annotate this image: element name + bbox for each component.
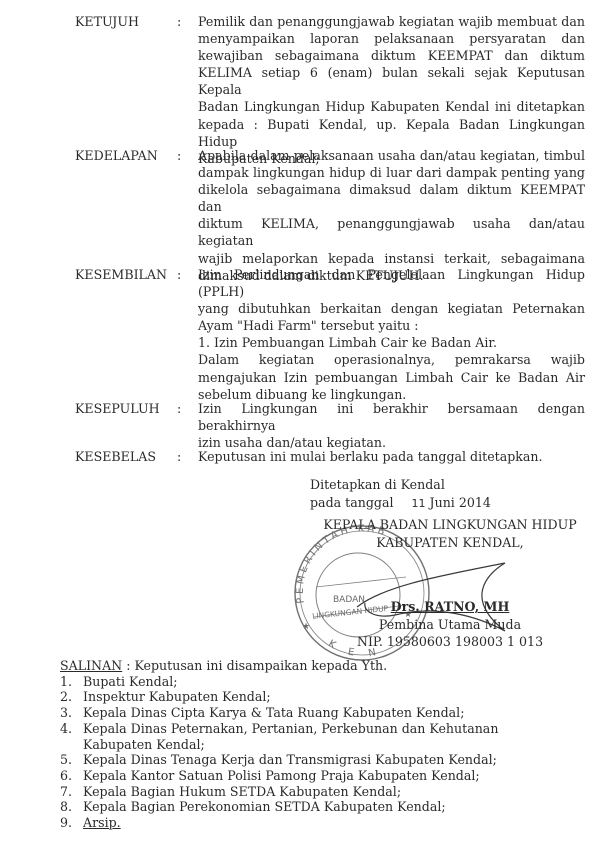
list-item-text: Inspektur Kabupaten Kendal; <box>83 689 271 704</box>
list-item-number: 2. <box>60 689 72 705</box>
diktum-line: menyampaikan laporan pelaksanaan persyar… <box>198 30 585 47</box>
list-item-text: Kepala Dinas Peternakan, Pertanian, Perk… <box>83 721 498 752</box>
list-item: 7.Kepala Bagian Hukum SETDA Kabupaten Ke… <box>60 784 580 800</box>
signature-date: pada tanggal 11 Juni 2014 <box>310 494 590 513</box>
diktum-line: Izin Perlindungan dan Pengelolaan Lingku… <box>198 266 585 300</box>
diktum-label: KETUJUH <box>75 13 170 30</box>
diktum-line: kepada : Bupati Kendal, up. Kepala Badan… <box>198 116 585 150</box>
signature-place: Ditetapkan di Kendal <box>310 476 590 494</box>
signature-date-day: 11 <box>412 497 426 510</box>
list-item-number: 9. <box>60 815 72 831</box>
signatory-nip: NIP. 19580603 198003 1 013 <box>310 633 590 651</box>
diktum-colon: : <box>177 13 181 30</box>
diktum-line: Apabila dalam pelaksanaan usaha dan/atau… <box>198 147 585 164</box>
signature-block: Ditetapkan di Kendal pada tanggal 11 Jun… <box>310 476 590 512</box>
list-item: 2.Inspektur Kabupaten Kendal; <box>60 689 580 705</box>
list-item: 4.Kepala Dinas Peternakan, Pertanian, Pe… <box>60 721 580 752</box>
signature-title: KEPALA BADAN LINGKUNGAN HIDUP KABUPATEN … <box>310 516 590 551</box>
salinan-list: 1.Bupati Kendal; 2.Inspektur Kabupaten K… <box>60 674 580 831</box>
signature-date-rest: Juni 2014 <box>430 495 491 510</box>
list-item-text: Kepala Bagian Perekonomian SETDA Kabupat… <box>83 799 446 814</box>
diktum-colon: : <box>177 448 181 465</box>
document-page: KETUJUH : Pemilik dan penanggungjawab ke… <box>0 0 600 843</box>
signatory-name: Drs. RATNO, MH <box>310 598 590 616</box>
list-item-number: 5. <box>60 752 72 768</box>
list-item-text: Kepala Kantor Satuan Polisi Pamong Praja… <box>83 768 480 783</box>
diktum-line: mengajukan Izin pembuangan Limbah Cair k… <box>198 369 585 386</box>
list-item-number: 6. <box>60 768 72 784</box>
list-item-text: Bupati Kendal; <box>83 674 178 689</box>
list-item-number: 8. <box>60 799 72 815</box>
diktum-line: Keputusan ini mulai berlaku pada tanggal… <box>198 448 585 465</box>
list-item-text: Arsip. <box>83 815 121 830</box>
list-item-text: Kepala Bagian Hukum SETDA Kabupaten Kend… <box>83 784 401 799</box>
diktum-line: Badan Lingkungan Hidup Kabupaten Kendal … <box>198 98 585 115</box>
salinan-heading: SALINAN : Keputusan ini disampaikan kepa… <box>60 658 580 674</box>
diktum-label: KESEMBILAN <box>75 266 170 283</box>
list-item-text: Kepala Dinas Tenaga Kerja dan Transmigra… <box>83 752 497 767</box>
diktum-line: yang dibutuhkan berkaitan dengan kegiata… <box>198 300 585 317</box>
diktum-line: Ayam "Hadi Farm" tersebut yaitu : <box>198 317 585 334</box>
diktum-kesepuluh: KESEPULUH : Izin Lingkungan ini berakhir… <box>75 400 585 451</box>
diktum-kesebelas: KESEBELAS : Keputusan ini mulai berlaku … <box>75 448 585 465</box>
list-item-number: 1. <box>60 674 72 690</box>
list-item: 3.Kepala Dinas Cipta Karya & Tata Ruang … <box>60 705 580 721</box>
signature-title-line2: KABUPATEN KENDAL, <box>310 534 590 552</box>
diktum-label: KEDELAPAN <box>75 147 170 164</box>
salinan-section: SALINAN : Keputusan ini disampaikan kepa… <box>60 658 580 831</box>
diktum-ketujuh: KETUJUH : Pemilik dan penanggungjawab ke… <box>75 13 585 167</box>
diktum-kedelapan: KEDELAPAN : Apabila dalam pelaksanaan us… <box>75 147 585 284</box>
signature-title-line1: KEPALA BADAN LINGKUNGAN HIDUP <box>310 516 590 534</box>
list-item: 5.Kepala Dinas Tenaga Kerja dan Transmig… <box>60 752 580 768</box>
diktum-label: KESEBELAS <box>75 448 170 465</box>
list-item: 6.Kepala Kantor Satuan Polisi Pamong Pra… <box>60 768 580 784</box>
diktum-body: Keputusan ini mulai berlaku pada tanggal… <box>198 448 585 465</box>
diktum-line: Dalam kegiatan operasionalnya, pemrakars… <box>198 351 585 368</box>
list-item-text: Kepala Dinas Cipta Karya & Tata Ruang Ka… <box>83 705 464 720</box>
salinan-label: SALINAN <box>60 658 122 673</box>
diktum-body: Pemilik dan penanggungjawab kegiatan waj… <box>198 13 585 167</box>
diktum-colon: : <box>177 400 181 417</box>
list-item: 8.Kepala Bagian Perekonomian SETDA Kabup… <box>60 799 580 815</box>
diktum-line: dikelola sebagaimana dimaksud dalam dikt… <box>198 181 585 215</box>
diktum-line: Izin Lingkungan ini berakhir bersamaan d… <box>198 400 585 434</box>
signatory-rank: Pembina Utama Muda <box>310 616 590 634</box>
salinan-text: : Keputusan ini disampaikan kepada Yth. <box>122 658 387 673</box>
diktum-line: KELIMA setiap 6 (enam) bulan sekali seja… <box>198 64 585 98</box>
svg-text:★: ★ <box>302 622 310 632</box>
diktum-body: Izin Lingkungan ini berakhir bersamaan d… <box>198 400 585 451</box>
list-item-number: 4. <box>60 721 72 737</box>
diktum-line: kewajiban sebagaimana diktum KEEMPAT dan… <box>198 47 585 64</box>
diktum-line: dampak lingkungan hidup di luar dari dam… <box>198 164 585 181</box>
signature-date-prefix: pada tanggal <box>310 495 393 510</box>
diktum-colon: : <box>177 147 181 164</box>
diktum-label: KESEPULUH <box>75 400 170 417</box>
diktum-line: diktum KELIMA, penanggungjawab usaha dan… <box>198 215 585 249</box>
diktum-list-item: 1. Izin Pembuangan Limbah Cair ke Badan … <box>198 334 585 351</box>
diktum-body: Apabila dalam pelaksanaan usaha dan/atau… <box>198 147 585 284</box>
list-item: 9.Arsip. <box>60 815 580 831</box>
diktum-kesembilan: KESEMBILAN : Izin Perlindungan dan Penge… <box>75 266 585 403</box>
diktum-body: Izin Perlindungan dan Pengelolaan Lingku… <box>198 266 585 403</box>
list-item-number: 3. <box>60 705 72 721</box>
diktum-line: wajib melaporkan kepada instansi terkait… <box>198 250 585 267</box>
list-item-number: 7. <box>60 784 72 800</box>
diktum-line: Pemilik dan penanggungjawab kegiatan waj… <box>198 13 585 30</box>
diktum-colon: : <box>177 266 181 283</box>
list-item: 1.Bupati Kendal; <box>60 674 580 690</box>
